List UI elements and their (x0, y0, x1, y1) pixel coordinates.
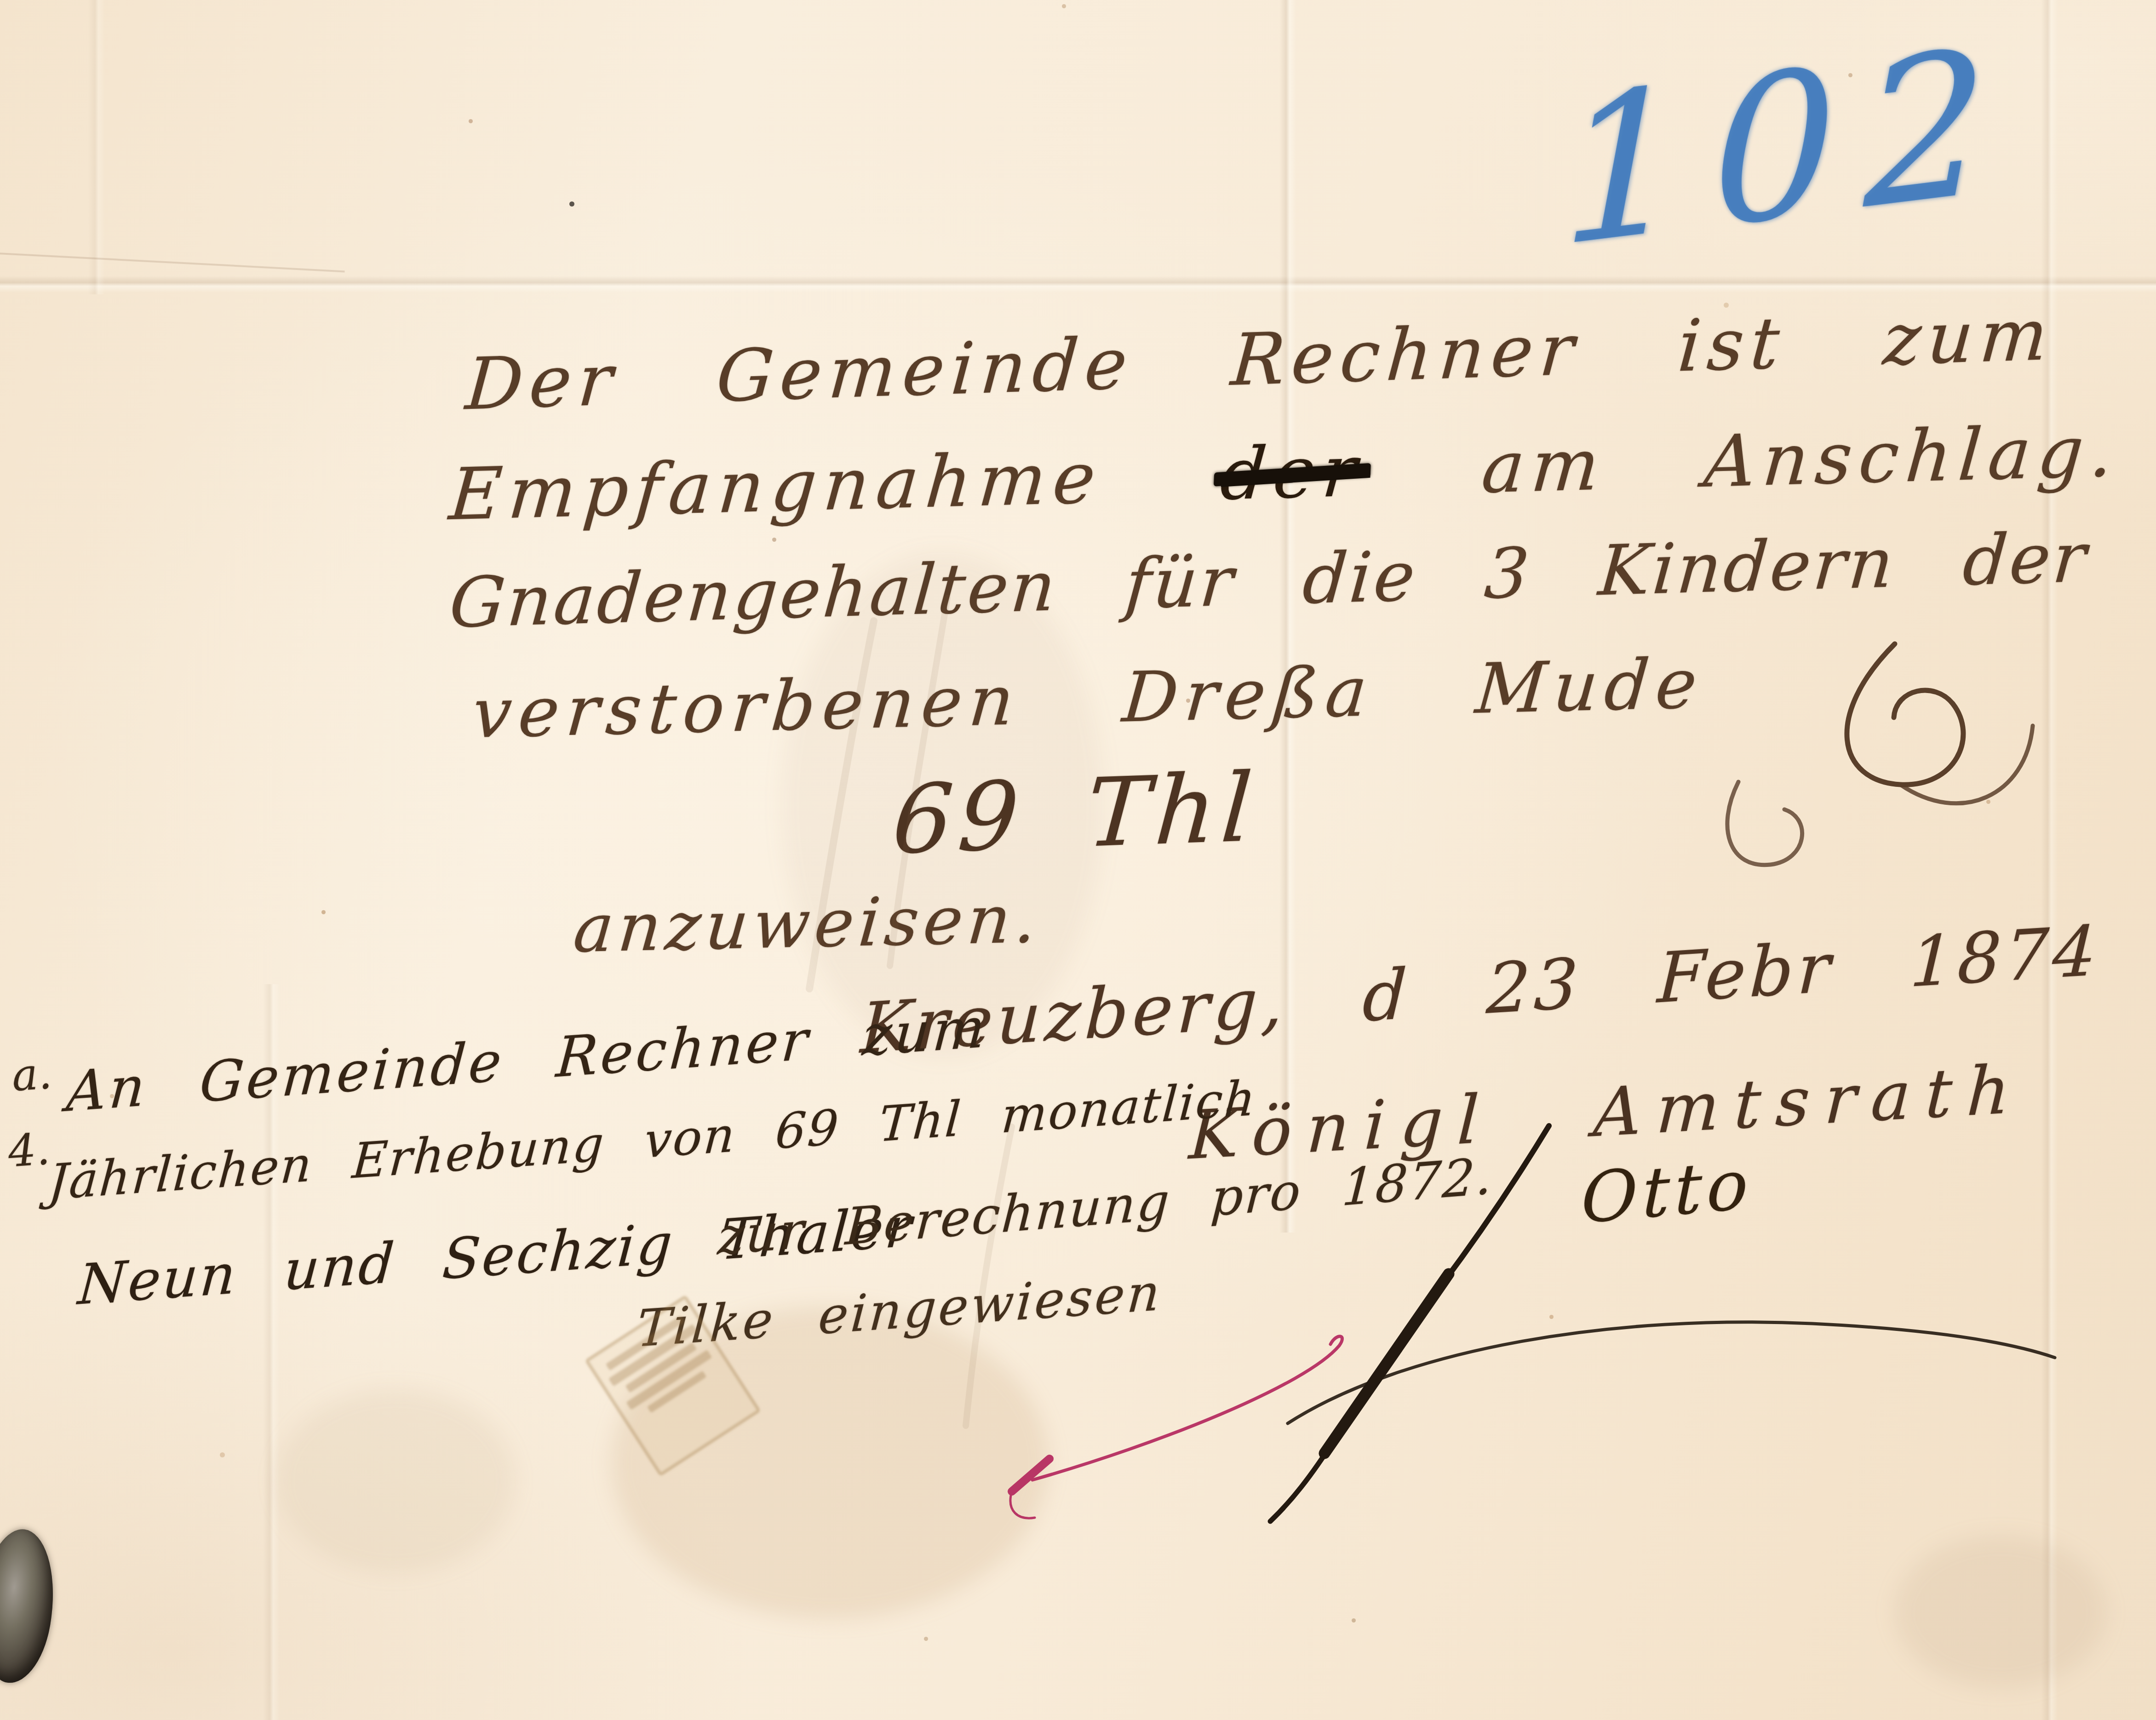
ink-overlay (0, 0, 2156, 1720)
red-check-mark (1010, 1336, 1342, 1518)
bleedthrough-strokes (809, 598, 1012, 1426)
line4-tail-flourish (1727, 644, 2033, 865)
scanned-document: 102 Der Gemeinde Rechner ist zum Empfang… (0, 0, 2156, 1720)
signature-flourish (1270, 1126, 2055, 1521)
